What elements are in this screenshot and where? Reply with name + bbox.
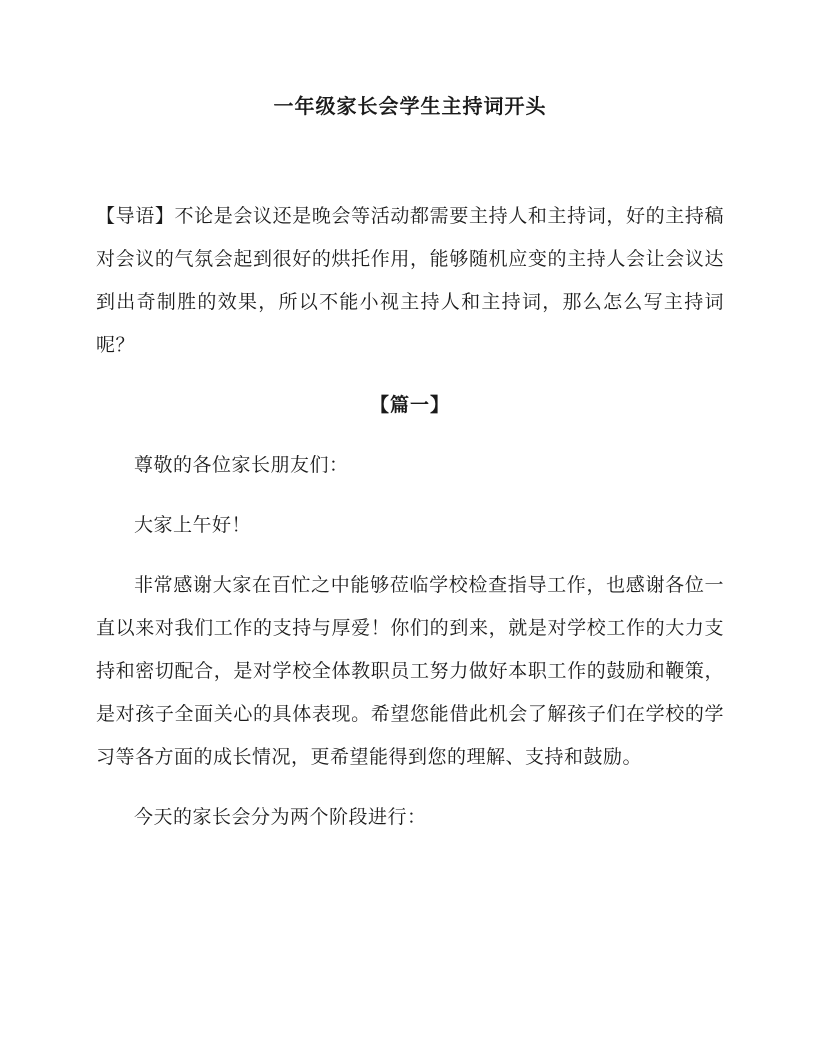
intro-paragraph: 【导语】不论是会议还是晚会等活动都需要主持人和主持词，好的主持稿对会议的气氛会起…	[96, 195, 724, 367]
agenda-paragraph: 今天的家长会分为两个阶段进行：	[96, 796, 724, 839]
greeting-paragraph: 大家上午好！	[96, 504, 724, 547]
document-page: 一年级家长会学生主持词开头 【导语】不论是会议还是晚会等活动都需要主持人和主持词…	[0, 0, 816, 1056]
thanks-paragraph: 非常感谢大家在百忙之中能够莅临学校检查指导工作，也感谢各位一直以来对我们工作的支…	[96, 564, 724, 779]
document-title: 一年级家长会学生主持词开头	[96, 94, 724, 120]
salutation-paragraph: 尊敬的各位家长朋友们：	[96, 444, 724, 487]
section-heading-part-one: 【篇一】	[96, 384, 724, 427]
